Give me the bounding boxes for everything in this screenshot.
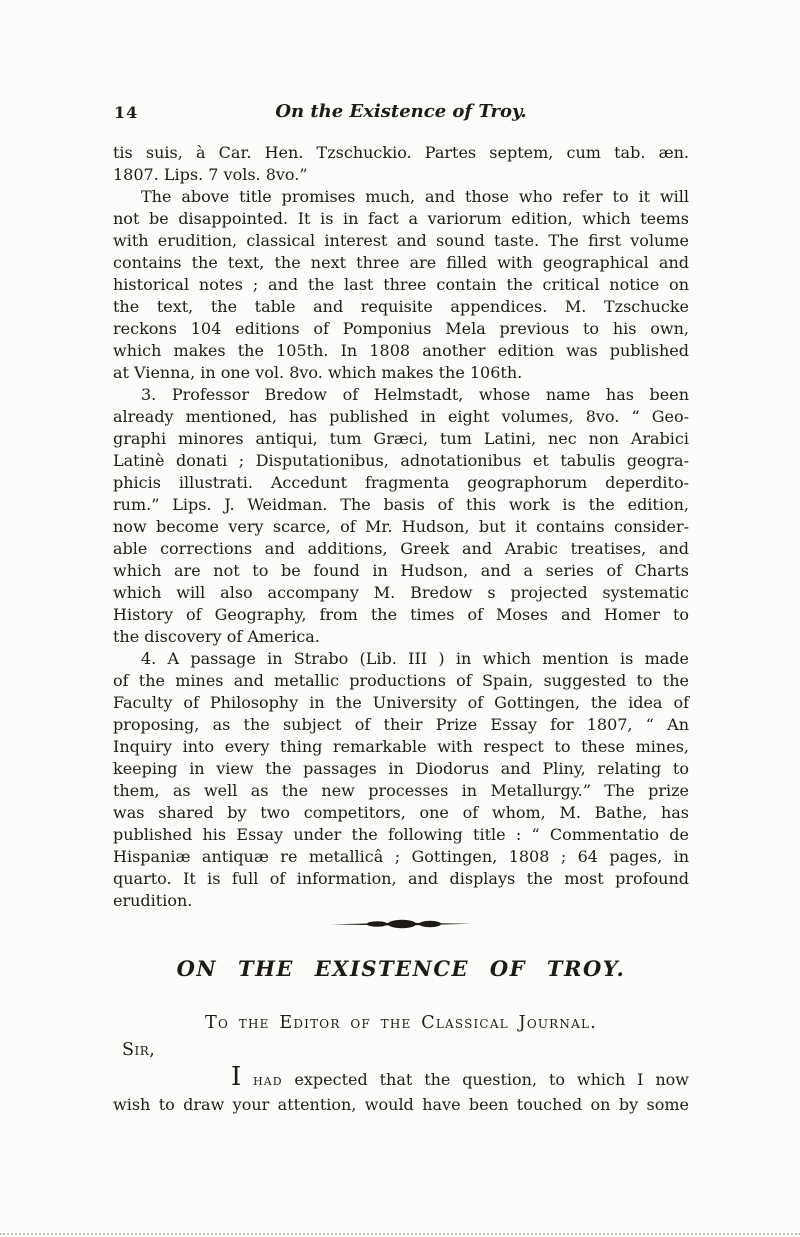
text-line: wish to draw your attention, would have … — [113, 1093, 689, 1117]
text-line: already mentioned, has published in eigh… — [113, 406, 689, 428]
text-line: phicis illustrati. Accedunt fragmenta ge… — [113, 472, 689, 494]
text-line: keeping in view the passages in Diodorus… — [113, 758, 689, 780]
scanned-book-page: 14 On the Existence of Troy. tis suis, à… — [0, 0, 800, 1237]
text-line: tis suis, à Car. Hen. Tzschuckio. Partes… — [113, 142, 689, 164]
text-line: Faculty of Philosophy in the University … — [113, 692, 689, 714]
paragraph: tis suis, à Car. Hen. Tzschuckio. Partes… — [113, 142, 689, 186]
text-line: rum.” Lips. J. Weidman. The basis of thi… — [113, 494, 689, 516]
text-line: The above title promises much, and those… — [113, 186, 689, 208]
text-line: at Vienna, in one vol. 8vo. which makes … — [113, 362, 689, 384]
text-line: Inquiry into every thing remarkable with… — [113, 736, 689, 758]
smallcaps-word: had — [253, 1070, 282, 1089]
text-line: them, as well as the new processes in Me… — [113, 780, 689, 802]
text-line: I had expected that the question, to whi… — [113, 1061, 689, 1093]
swelled-rule-ornament-icon — [331, 917, 471, 931]
section-heading: ON THE EXISTENCE OF TROY. — [113, 956, 689, 981]
text-line: able corrections and additions, Greek an… — [113, 538, 689, 560]
text-line: contains the text, the next three are fi… — [113, 252, 689, 274]
text-line: of the mines and metallic productions of… — [113, 670, 689, 692]
drop-initial: I — [231, 1062, 241, 1092]
paragraph: 3. Professor Bredow of Helmstadt, whose … — [113, 384, 689, 648]
letter-opening: I had expected that the question, to whi… — [113, 1061, 689, 1117]
text-line: 3. Professor Bredow of Helmstadt, whose … — [113, 384, 689, 406]
text-line: published his Essay under the following … — [113, 824, 689, 846]
letter-salutation: To the Editor of the Classical Journal. — [113, 1013, 689, 1033]
text-line: proposing, as the subject of their Prize… — [113, 714, 689, 736]
text-line: which will also accompany M. Bredow s pr… — [113, 582, 689, 604]
text-line: which makes the 105th. In 1808 another e… — [113, 340, 689, 362]
text-line: now become very scarce, of Mr. Hudson, b… — [113, 516, 689, 538]
scan-edge-artifact — [0, 1233, 800, 1235]
section-divider — [113, 916, 689, 935]
text-line: erudition. — [113, 890, 689, 912]
letter-sir: Sir, — [122, 1040, 155, 1060]
text-line: 1807. Lips. 7 vols. 8vo.” — [113, 164, 689, 186]
text-line: Latinè donati ; Disputationibus, adnotat… — [113, 450, 689, 472]
text-line: reckons 104 editions of Pomponius Mela p… — [113, 318, 689, 340]
text-line: Hispaniæ antiquæ re metallicâ ; Gottinge… — [113, 846, 689, 868]
text-line: which are not to be found in Hudson, and… — [113, 560, 689, 582]
running-header-title: On the Existence of Troy. — [113, 101, 689, 122]
text-line: quarto. It is full of information, and d… — [113, 868, 689, 890]
text-line: not be disappointed. It is in fact a var… — [113, 208, 689, 230]
paragraph: 4. A passage in Strabo (Lib. III ) in wh… — [113, 648, 689, 912]
paragraph: The above title promises much, and those… — [113, 186, 689, 384]
text-line: graphi minores antiqui, tum Græci, tum L… — [113, 428, 689, 450]
text-line: History of Geography, from the times of … — [113, 604, 689, 626]
line-text: expected that the question, to which I n… — [294, 1070, 689, 1089]
text-line: the text, the table and requisite append… — [113, 296, 689, 318]
text-line: 4. A passage in Strabo (Lib. III ) in wh… — [113, 648, 689, 670]
text-line: historical notes ; and the last three co… — [113, 274, 689, 296]
article-body: tis suis, à Car. Hen. Tzschuckio. Partes… — [113, 142, 689, 912]
text-line: with erudition, classical interest and s… — [113, 230, 689, 252]
text-line: the discovery of America. — [113, 626, 689, 648]
text-line: was shared by two competitors, one of wh… — [113, 802, 689, 824]
